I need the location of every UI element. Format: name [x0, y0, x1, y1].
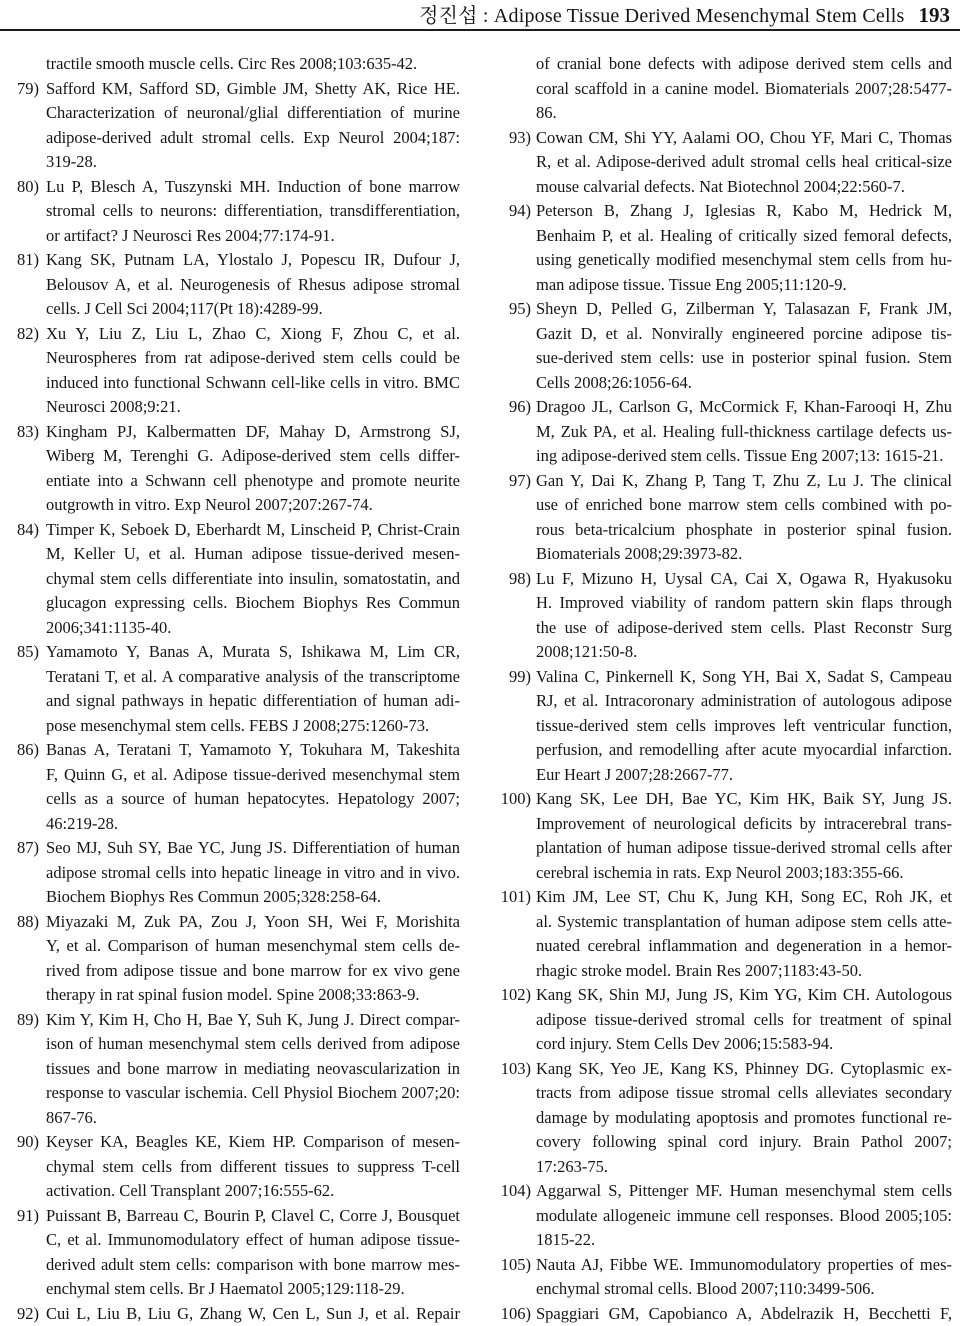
reference-number: 87): [8, 836, 39, 861]
reference-line: F, Quinn G, et al. Adipose tissue-derive…: [46, 763, 460, 788]
reference-line: of cranial bone defects with adipose der…: [536, 52, 952, 77]
reference-line: M, Zuk PA, et al. Healing full-thickness…: [536, 420, 952, 445]
reference-item: 96)Dragoo JL, Carlson G, McCormick F, Kh…: [496, 395, 952, 469]
reference-number: 85): [8, 640, 39, 665]
reference-line: Nauta AJ, Fibbe WE. Immunomodulatory pro…: [536, 1253, 952, 1278]
reference-number: 105): [496, 1253, 531, 1278]
reference-line: C, et al. Immunomodulatory effect of hum…: [46, 1228, 460, 1253]
reference-number: 86): [8, 738, 39, 763]
references-section: tractile smooth muscle cells. Circ Res 2…: [8, 52, 952, 1326]
reference-line: Kingham PJ, Kalbermatten DF, Mahay D, Ar…: [46, 420, 460, 445]
reference-item: 79)Safford KM, Safford SD, Gimble JM, Sh…: [8, 77, 460, 175]
reference-line: Neurospheres from rat adipose-derived st…: [46, 346, 460, 371]
reference-line: Characterization of neuronal/glial diffe…: [46, 101, 460, 126]
reference-number: 103): [496, 1057, 531, 1082]
reference-item: 92)Cui L, Liu B, Liu G, Zhang W, Cen L, …: [8, 1302, 460, 1326]
reference-line: Kang SK, Yeo JE, Kang KS, Phinney DG. Cy…: [536, 1057, 952, 1082]
reference-line: cord injury. Stem Cells Dev 2006;15:583-…: [536, 1032, 952, 1057]
reference-item: 102)Kang SK, Shin MJ, Jung JS, Kim YG, K…: [496, 983, 952, 1057]
reference-line: derived adult stem cells: comparison wit…: [46, 1253, 460, 1278]
reference-line: Cui L, Liu B, Liu G, Zhang W, Cen L, Sun…: [46, 1302, 460, 1326]
reference-line: Gazit D, et al. Nonvirally engineered po…: [536, 322, 952, 347]
reference-line: response to vascular ischemia. Cell Phys…: [46, 1081, 460, 1106]
reference-line: glucagon expressing cells. Biochem Bioph…: [46, 591, 460, 616]
reference-line: 867-76.: [46, 1106, 460, 1131]
reference-line: cells. J Cell Sci 2004;117(Pt 18):4289-9…: [46, 297, 460, 322]
reference-item: 83)Kingham PJ, Kalbermatten DF, Mahay D,…: [8, 420, 460, 518]
reference-number: 91): [8, 1204, 39, 1229]
reference-line: damage by modulating apoptosis and promo…: [536, 1106, 952, 1131]
reference-line: Cowan CM, Shi YY, Aalami OO, Chou YF, Ma…: [536, 126, 952, 151]
reference-item: 93)Cowan CM, Shi YY, Aalami OO, Chou YF,…: [496, 126, 952, 200]
reference-item: 84)Timper K, Seboek D, Eberhardt M, Lins…: [8, 518, 460, 641]
reference-line: and signal pathways in hepatic different…: [46, 689, 460, 714]
reference-line: Neurosci 2008;9:21.: [46, 395, 460, 420]
reference-line: adipose tissue-derived stromal cells for…: [536, 1008, 952, 1033]
reference-line: Valina C, Pinkernell K, Song YH, Bai X, …: [536, 665, 952, 690]
reference-item: 86)Banas A, Teratani T, Yamamoto Y, Toku…: [8, 738, 460, 836]
reference-line: tractile smooth muscle cells. Circ Res 2…: [46, 52, 460, 77]
reference-number: 104): [496, 1179, 531, 1204]
reference-line: Spaggiari GM, Capobianco A, Abdelrazik H…: [536, 1302, 952, 1326]
reference-line: or artifact? J Neurosci Res 2004;77:174-…: [46, 224, 460, 249]
reference-line: modulate allogeneic immune cell response…: [536, 1204, 952, 1229]
reference-line: outgrowth in vitro. Exp Neurol 2007;207:…: [46, 493, 460, 518]
reference-line: rous beta-tricalcium phosphate in poster…: [536, 518, 952, 543]
page-header: 정진섭 : Adipose Tissue Derived Mesenchymal…: [8, 5, 952, 27]
reference-line: Kim Y, Kim H, Cho H, Bae Y, Suh K, Jung …: [46, 1008, 460, 1033]
reference-number: 94): [496, 199, 531, 224]
reference-line: cerebral ischemia in rats. Exp Neurol 20…: [536, 861, 952, 886]
reference-line: Peterson B, Zhang J, Iglesias R, Kabo M,…: [536, 199, 952, 224]
reference-item: 89)Kim Y, Kim H, Cho H, Bae Y, Suh K, Ju…: [8, 1008, 460, 1131]
reference-line: pose mesenchymal stem cells. FEBS J 2008…: [46, 714, 460, 739]
reference-item: 106)Spaggiari GM, Capobianco A, Abdelraz…: [496, 1302, 952, 1326]
reference-item: 81)Kang SK, Putnam LA, Ylostalo J, Popes…: [8, 248, 460, 322]
reference-line: M, Keller U, et al. Human adipose tissue…: [46, 542, 460, 567]
reference-item: tractile smooth muscle cells. Circ Res 2…: [8, 52, 460, 77]
reference-item: 104)Aggarwal S, Pittenger MF. Human mese…: [496, 1179, 952, 1253]
reference-line: Gan Y, Dai K, Zhang P, Tang T, Zhu Z, Lu…: [536, 469, 952, 494]
reference-item: 82)Xu Y, Liu Z, Liu L, Zhao C, Xiong F, …: [8, 322, 460, 420]
reference-line: therapy in rat spinal fusion model. Spin…: [46, 983, 460, 1008]
reference-line: 86.: [536, 101, 952, 126]
reference-number: 100): [496, 787, 531, 812]
reference-line: nuated cerebral inflammation and degener…: [536, 934, 952, 959]
reference-line: stromal cells to neurons: differentiatio…: [46, 199, 460, 224]
reference-line: ison of human mesenchymal stem cells der…: [46, 1032, 460, 1057]
reference-line: Dragoo JL, Carlson G, McCormick F, Khan-…: [536, 395, 952, 420]
reference-line: coral scaffold in a canine model. Biomat…: [536, 77, 952, 102]
reference-item: 87)Seo MJ, Suh SY, Bae YC, Jung JS. Diff…: [8, 836, 460, 910]
reference-item: 98)Lu F, Mizuno H, Uysal CA, Cai X, Ogaw…: [496, 567, 952, 665]
reference-number: 96): [496, 395, 531, 420]
reference-item: 88)Miyazaki M, Zuk PA, Zou J, Yoon SH, W…: [8, 910, 460, 1008]
reference-line: mouse calvarial defects. Nat Biotechnol …: [536, 175, 952, 200]
references-column-right: of cranial bone defects with adipose der…: [496, 52, 952, 1326]
reference-line: adipose stromal cells into hepatic linea…: [46, 861, 460, 886]
reference-number: 84): [8, 518, 39, 543]
reference-number: 102): [496, 983, 531, 1008]
reference-line: Kim JM, Lee ST, Chu K, Jung KH, Song EC,…: [536, 885, 952, 910]
reference-number: 89): [8, 1008, 39, 1033]
reference-number: 90): [8, 1130, 39, 1155]
reference-line: Eur Heart J 2007;28:2667-77.: [536, 763, 952, 788]
reference-line: Wiberg M, Terenghi G. Adipose-derived st…: [46, 444, 460, 469]
reference-line: activation. Cell Transplant 2007;16:555-…: [46, 1179, 460, 1204]
reference-line: Seo MJ, Suh SY, Bae YC, Jung JS. Differe…: [46, 836, 460, 861]
reference-line: perfusion, and remodelling after acute m…: [536, 738, 952, 763]
reference-number: 88): [8, 910, 39, 935]
reference-line: 1815-22.: [536, 1228, 952, 1253]
reference-line: enchymal stem cells. Br J Haematol 2005;…: [46, 1277, 460, 1302]
reference-number: 106): [496, 1302, 531, 1326]
reference-number: 79): [8, 77, 39, 102]
reference-item: 97)Gan Y, Dai K, Zhang P, Tang T, Zhu Z,…: [496, 469, 952, 567]
reference-line: 2006;341:1135-40.: [46, 616, 460, 641]
reference-line: Timper K, Seboek D, Eberhardt M, Linsche…: [46, 518, 460, 543]
reference-line: rived from adipose tissue and bone marro…: [46, 959, 460, 984]
reference-item: of cranial bone defects with adipose der…: [496, 52, 952, 126]
reference-number: 93): [496, 126, 531, 151]
reference-number: 101): [496, 885, 531, 910]
reference-number: 99): [496, 665, 531, 690]
page-number: 193: [919, 3, 951, 27]
reference-line: tissue-derived stem cells improves left …: [536, 714, 952, 739]
reference-line: Benhaim P, et al. Healing of critically …: [536, 224, 952, 249]
reference-line: adipose-derived adult stromal cells. Exp…: [46, 126, 460, 151]
reference-line: 17:263-75.: [536, 1155, 952, 1180]
reference-line: RJ, et al. Intracoronary administration …: [536, 689, 952, 714]
reference-line: chymal stem cells differentiate into ins…: [46, 567, 460, 592]
reference-number: 98): [496, 567, 531, 592]
reference-line: Biochem Biophys Res Commun 2005;328:258-…: [46, 885, 460, 910]
reference-line: induced into functional Schwann cell-lik…: [46, 371, 460, 396]
reference-line: Cells 2008;26:1056-64.: [536, 371, 952, 396]
reference-line: Improvement of neurological deficits by …: [536, 812, 952, 837]
reference-number: 92): [8, 1302, 39, 1326]
reference-line: sue-derived stem cells: use in posterior…: [536, 346, 952, 371]
reference-line: 2008;121:50-8.: [536, 640, 952, 665]
paper-page: 정진섭 : Adipose Tissue Derived Mesenchymal…: [0, 0, 960, 1326]
reference-line: Xu Y, Liu Z, Liu L, Zhao C, Xiong F, Zho…: [46, 322, 460, 347]
reference-line: enchymal stromal cells. Blood 2007;110:3…: [536, 1277, 952, 1302]
reference-item: 99)Valina C, Pinkernell K, Song YH, Bai …: [496, 665, 952, 788]
reference-line: Sheyn D, Pelled G, Zilberman Y, Talasaza…: [536, 297, 952, 322]
reference-item: 80)Lu P, Blesch A, Tuszynski MH. Inducti…: [8, 175, 460, 249]
reference-line: the use of adipose-derived stem cells. P…: [536, 616, 952, 641]
reference-item: 101)Kim JM, Lee ST, Chu K, Jung KH, Song…: [496, 885, 952, 983]
reference-number: 81): [8, 248, 39, 273]
reference-number: 95): [496, 297, 531, 322]
reference-line: using genetically modified mesenchymal s…: [536, 248, 952, 273]
reference-item: 95)Sheyn D, Pelled G, Zilberman Y, Talas…: [496, 297, 952, 395]
reference-line: entiate into a Schwann cell phenotype an…: [46, 469, 460, 494]
reference-line: Teratani T, et al. A comparative analysi…: [46, 665, 460, 690]
reference-number: 83): [8, 420, 39, 445]
reference-line: Y, et al. Comparison of human mesenchyma…: [46, 934, 460, 959]
reference-item: 94)Peterson B, Zhang J, Iglesias R, Kabo…: [496, 199, 952, 297]
reference-line: Keyser KA, Beagles KE, Kiem HP. Comparis…: [46, 1130, 460, 1155]
reference-line: Lu P, Blesch A, Tuszynski MH. Induction …: [46, 175, 460, 200]
reference-line: man adipose tissue. Tissue Eng 2005;11:1…: [536, 273, 952, 298]
reference-line: rhagic stroke model. Brain Res 2007;1183…: [536, 959, 952, 984]
reference-number: 82): [8, 322, 39, 347]
reference-line: tracts from adipose tissue stromal cells…: [536, 1081, 952, 1106]
reference-line: Yamamoto Y, Banas A, Murata S, Ishikawa …: [46, 640, 460, 665]
reference-line: R, et al. Adipose-derived adult stromal …: [536, 150, 952, 175]
reference-line: 46:219-28.: [46, 812, 460, 837]
header-rule: [0, 29, 960, 31]
reference-line: Kang SK, Putnam LA, Ylostalo J, Popescu …: [46, 248, 460, 273]
reference-item: 105)Nauta AJ, Fibbe WE. Immunomodulatory…: [496, 1253, 952, 1302]
reference-line: use of enriched bone marrow stem cells c…: [536, 493, 952, 518]
reference-line: cells as a source of human hepatocytes. …: [46, 787, 460, 812]
reference-line: Kang SK, Shin MJ, Jung JS, Kim YG, Kim C…: [536, 983, 952, 1008]
reference-line: Lu F, Mizuno H, Uysal CA, Cai X, Ogawa R…: [536, 567, 952, 592]
reference-item: 103)Kang SK, Yeo JE, Kang KS, Phinney DG…: [496, 1057, 952, 1180]
reference-item: 85)Yamamoto Y, Banas A, Murata S, Ishika…: [8, 640, 460, 738]
reference-line: Aggarwal S, Pittenger MF. Human mesenchy…: [536, 1179, 952, 1204]
reference-line: al. Systemic transplantation of human ad…: [536, 910, 952, 935]
references-column-left: tractile smooth muscle cells. Circ Res 2…: [8, 52, 460, 1326]
reference-line: Banas A, Teratani T, Yamamoto Y, Tokuhar…: [46, 738, 460, 763]
reference-item: 100)Kang SK, Lee DH, Bae YC, Kim HK, Bai…: [496, 787, 952, 885]
reference-line: Kang SK, Lee DH, Bae YC, Kim HK, Baik SY…: [536, 787, 952, 812]
reference-line: Puissant B, Barreau C, Bourin P, Clavel …: [46, 1204, 460, 1229]
reference-line: H. Improved viability of random pattern …: [536, 591, 952, 616]
reference-line: Safford KM, Safford SD, Gimble JM, Shett…: [46, 77, 460, 102]
reference-line: chymal stem cells from different tissues…: [46, 1155, 460, 1180]
reference-line: ing adipose-derived stem cells. Tissue E…: [536, 444, 952, 469]
reference-line: Biomaterials 2008;29:3973-82.: [536, 542, 952, 567]
reference-number: 97): [496, 469, 531, 494]
reference-number: 80): [8, 175, 39, 200]
reference-line: Miyazaki M, Zuk PA, Zou J, Yoon SH, Wei …: [46, 910, 460, 935]
reference-line: covery following spinal cord injury. Bra…: [536, 1130, 952, 1155]
reference-item: 91)Puissant B, Barreau C, Bourin P, Clav…: [8, 1204, 460, 1302]
reference-line: plantation of human adipose tissue-deriv…: [536, 836, 952, 861]
reference-line: tissues and bone marrow in mediating neo…: [46, 1057, 460, 1082]
reference-line: 319-28.: [46, 150, 460, 175]
reference-line: Belousov A, et al. Neurogenesis of Rhesu…: [46, 273, 460, 298]
running-title: 정진섭 : Adipose Tissue Derived Mesenchymal…: [419, 5, 904, 27]
reference-item: 90)Keyser KA, Beagles KE, Kiem HP. Compa…: [8, 1130, 460, 1204]
